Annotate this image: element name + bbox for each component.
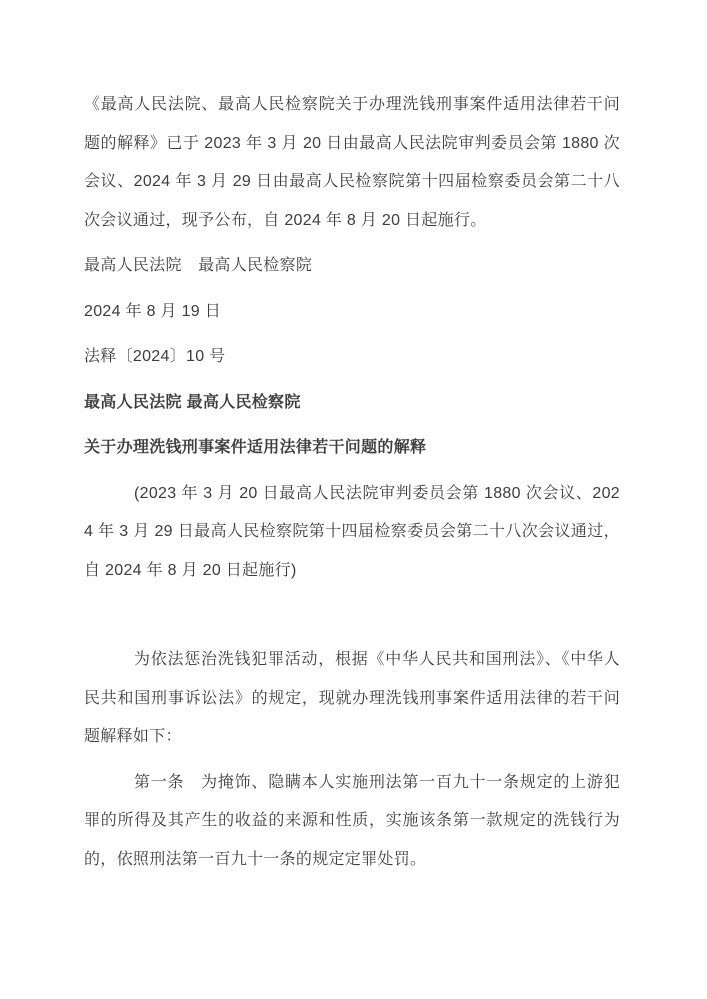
document-number: 法释〔2024〕10 号 [84, 338, 620, 377]
title-main: 关于办理洗钱刑事案件适用法律若干问题的解释 [84, 429, 620, 468]
signature-date: 2024 年 8 月 19 日 [84, 293, 620, 332]
adoption-note: (2023 年 3 月 20 日最高人民法院审判委员会第 1880 次会议、20… [84, 475, 620, 591]
title-issuers: 最高人民法院 最高人民检察院 [84, 384, 620, 423]
article-1-paragraph: 第一条 为掩饰、隐瞒本人实施刑法第一百九十一条规定的上游犯罪的所得及其产生的收益… [84, 764, 620, 880]
blank-line-spacer [84, 597, 620, 641]
signature-issuers: 最高人民法院 最高人民检察院 [84, 247, 620, 286]
announcement-paragraph: 《最高人民法院、最高人民检察院关于办理洗钱刑事案件适用法律若干问题的解释》已于 … [84, 86, 620, 240]
preamble-paragraph: 为依法惩治洗钱犯罪活动，根据《中华人民共和国刑法》、《中华人民共和国刑事诉讼法》… [84, 641, 620, 757]
document-page: 《最高人民法院、最高人民检察院关于办理洗钱刑事案件适用法律若干问题的解释》已于 … [0, 0, 707, 999]
